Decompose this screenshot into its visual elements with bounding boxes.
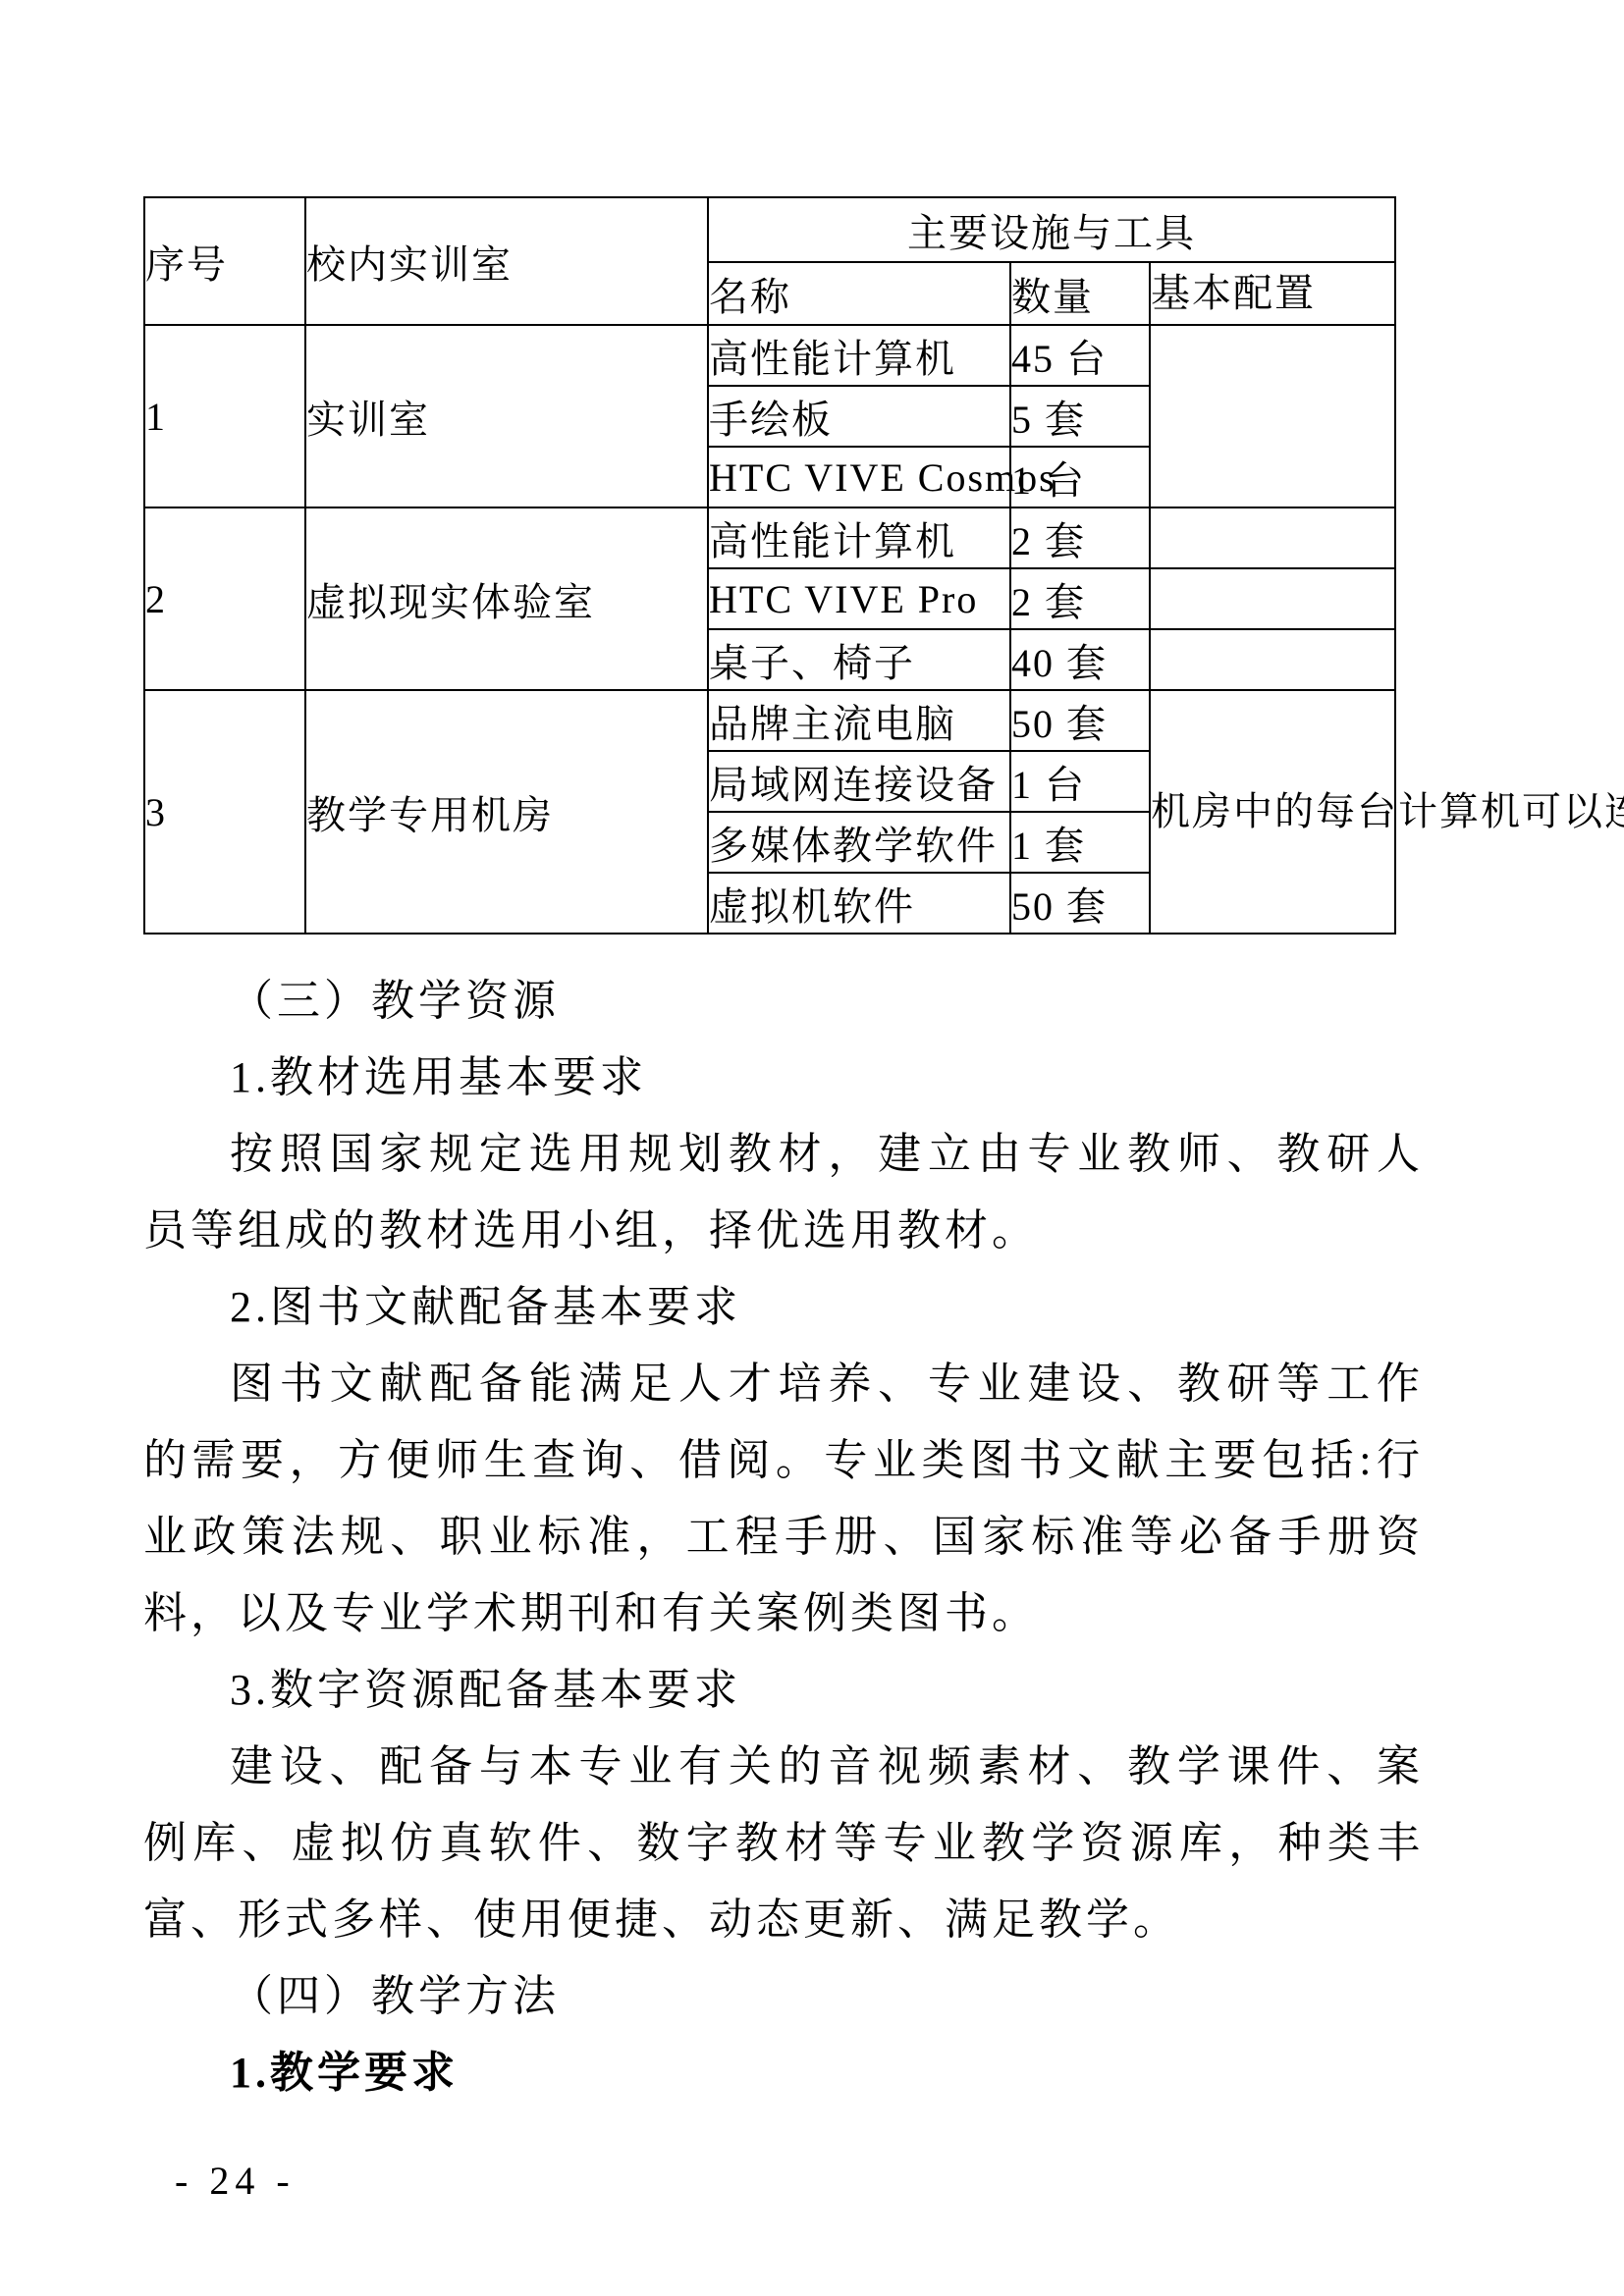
table-header-facilities: 主要设施与工具 [708, 197, 1395, 262]
item-qty-cell: 1 台 [1010, 447, 1150, 507]
config-cell [1150, 629, 1395, 690]
text-line: 图书文献配备能满足人才培养、专业建设、教研等工作 [143, 1346, 1424, 1422]
config-cell [1150, 568, 1395, 629]
item-qty-cell: 5 套 [1010, 386, 1150, 447]
item-name-cell: 手绘板 [708, 386, 1010, 447]
item-qty-cell: 2 套 [1010, 568, 1150, 629]
item-qty-cell: 50 套 [1010, 690, 1150, 751]
item-qty-cell: 40 套 [1010, 629, 1150, 690]
item-name-cell: HTC VIVE Cosmos [708, 447, 1010, 507]
table-header-qty: 数量 [1010, 262, 1150, 325]
facilities-table: 序号 校内实训室 主要设施与工具 名称 数量 基本配置 1 实训室 高性能计算机… [143, 196, 1396, 934]
seq-cell: 1 [144, 325, 305, 507]
seq-cell: 2 [144, 507, 305, 690]
text-line: 业政策法规、职业标准，工程手册、国家标准等必备手册资 [143, 1499, 1424, 1575]
room-cell: 虚拟现实体验室 [305, 507, 708, 690]
text-line: 料，以及专业学术期刊和有关案例类图书。 [143, 1575, 1424, 1652]
text-line: （三）教学资源 [143, 963, 1424, 1040]
item-name-cell: 高性能计算机 [708, 507, 1010, 568]
text-line: 建设、配备与本专业有关的音视频素材、教学课件、案 [143, 1729, 1424, 1805]
text-line: 3.数字资源配备基本要求 [143, 1652, 1424, 1729]
text-line: 员等组成的教材选用小组，择优选用教材。 [143, 1193, 1424, 1269]
item-name-cell: 高性能计算机 [708, 325, 1010, 386]
config-cell [1150, 325, 1395, 507]
text-line: 的需要，方便师生查询、借阅。专业类图书文献主要包括:行 [143, 1422, 1424, 1499]
seq-cell: 3 [144, 690, 305, 934]
room-cell: 教学专用机房 [305, 690, 708, 934]
item-name-cell: 局域网连接设备 [708, 751, 1010, 812]
config-cell: 机房中的每台计算机可以连接因特网。 [1150, 690, 1395, 934]
table-header-seq: 序号 [144, 197, 305, 325]
text-line: 例库、虚拟仿真软件、数字教材等专业教学资源库，种类丰 [143, 1805, 1424, 1882]
text-line: （四）教学方法 [143, 1958, 1424, 2035]
item-qty-cell: 50 套 [1010, 873, 1150, 934]
item-qty-cell: 1 台 [1010, 751, 1150, 812]
text-line: 2.图书文献配备基本要求 [143, 1269, 1424, 1346]
text-line: 1.教学要求 [143, 2035, 1424, 2111]
room-cell: 实训室 [305, 325, 708, 507]
table-header-name: 名称 [708, 262, 1010, 325]
page-number: - 24 - [175, 2158, 296, 2204]
item-qty-cell: 45 台 [1010, 325, 1150, 386]
item-name-cell: 虚拟机软件 [708, 873, 1010, 934]
item-qty-cell: 2 套 [1010, 507, 1150, 568]
item-qty-cell: 1 套 [1010, 812, 1150, 873]
table-header-room: 校内实训室 [305, 197, 708, 325]
text-line: 1.教材选用基本要求 [143, 1040, 1424, 1116]
item-name-cell: 桌子、椅子 [708, 629, 1010, 690]
document-page: 序号 校内实训室 主要设施与工具 名称 数量 基本配置 1 实训室 高性能计算机… [0, 0, 1624, 2296]
item-name-cell: 多媒体教学软件 [708, 812, 1010, 873]
text-line: 按照国家规定选用规划教材，建立由专业教师、教研人 [143, 1116, 1424, 1193]
body-text: （三）教学资源1.教材选用基本要求按照国家规定选用规划教材，建立由专业教师、教研… [143, 963, 1424, 2111]
config-cell [1150, 507, 1395, 568]
text-line: 富、形式多样、使用便捷、动态更新、满足教学。 [143, 1882, 1424, 1958]
item-name-cell: 品牌主流电脑 [708, 690, 1010, 751]
table-header-config: 基本配置 [1150, 262, 1395, 325]
item-name-cell: HTC VIVE Pro [708, 568, 1010, 629]
